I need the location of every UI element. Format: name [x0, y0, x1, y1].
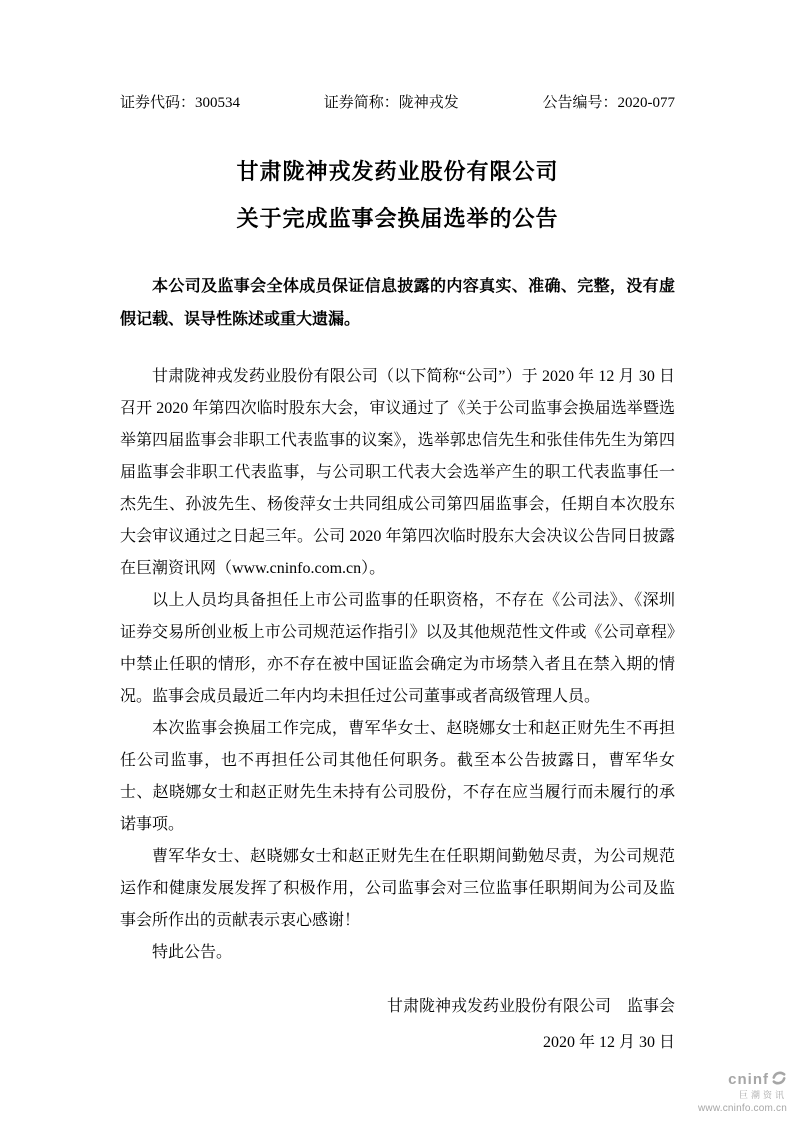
paragraph-meeting-resolution: 甘肃陇神戎发药业股份有限公司（以下简称“公司”）于 2020 年 12 月 30… — [120, 361, 675, 585]
cninfo-chinese-name: 巨潮资讯 — [698, 1091, 787, 1101]
document-title: 甘肃陇神戎发药业股份有限公司 关于完成监事会换届选举的公告 — [120, 148, 675, 242]
title-line-company: 甘肃陇神戎发药业股份有限公司 — [120, 148, 675, 195]
title-line-subject: 关于完成监事会换届选举的公告 — [120, 195, 675, 242]
stock-name-value: 陇神戎发 — [399, 95, 459, 111]
paragraph-closing: 特此公告。 — [120, 937, 675, 969]
cninfo-logo: cninf 巨潮资讯 www.cninfo.com.cn — [698, 1070, 787, 1114]
cninfo-url: www.cninfo.com.cn — [698, 1103, 787, 1114]
paragraph-qualification: 以上人员均具备担任上市公司监事的任职资格，不存在《公司法》、《深圳证券交易所创业… — [120, 585, 675, 713]
doc-header: 证券代码：300534 证券简称：陇神戎发 公告编号：2020-077 — [120, 0, 675, 114]
cninfo-brand-text: cninf — [728, 1072, 769, 1089]
cninfo-swirl-icon — [771, 1070, 787, 1091]
announcement-number-label: 公告编号： — [542, 95, 617, 111]
document-content: 证券代码：300534 证券简称：陇神戎发 公告编号：2020-077 甘肃陇神… — [0, 0, 793, 1061]
announcement-document: 证券代码：300534 证券简称：陇神戎发 公告编号：2020-077 甘肃陇神… — [0, 0, 793, 1122]
announcement-number-value: 2020-077 — [618, 95, 676, 111]
stock-code-label: 证券代码： — [120, 95, 195, 111]
signature-company: 甘肃陇神戎发药业股份有限公司 监事会 — [120, 989, 675, 1025]
announcement-number: 公告编号：2020-077 — [542, 93, 675, 114]
signature-block: 甘肃陇神戎发药业股份有限公司 监事会 2020 年 12 月 30 日 — [120, 989, 675, 1061]
paragraph-outgoing-supervisors: 本次监事会换届工作完成，曹军华女士、赵晓娜女士和赵正财先生不再担任公司监事，也不… — [120, 713, 675, 841]
stock-name-label: 证券简称： — [324, 95, 399, 111]
paragraph-gratitude: 曹军华女士、赵晓娜女士和赵正财先生在任职期间勤勉尽责，为公司规范运作和健康发展发… — [120, 841, 675, 937]
stock-code-value: 300534 — [195, 95, 240, 111]
disclaimer-statement: 本公司及监事会全体成员保证信息披露的内容真实、准确、完整，没有虚假记载、误导性陈… — [120, 270, 675, 336]
signature-date: 2020 年 12 月 30 日 — [120, 1025, 675, 1061]
cninfo-brand-row: cninf — [698, 1070, 787, 1091]
body-text: 甘肃陇神戎发药业股份有限公司（以下简称“公司”）于 2020 年 12 月 30… — [120, 361, 675, 969]
stock-name: 证券简称：陇神戎发 — [324, 93, 459, 114]
stock-code: 证券代码：300534 — [120, 93, 240, 114]
